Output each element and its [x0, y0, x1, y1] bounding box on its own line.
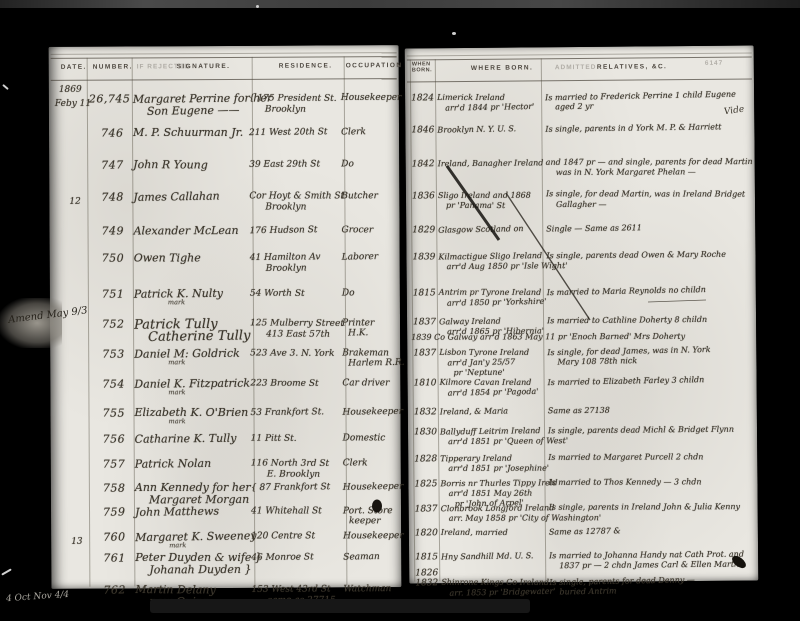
occupation-entry: Port. Store — [343, 506, 393, 516]
mark-note: mark — [169, 541, 186, 549]
number-entry: 760 — [103, 530, 126, 543]
relatives-entry: Same as 12787 & — [549, 526, 621, 536]
date-entry: 13 — [71, 537, 83, 547]
residence-entry: Brooklyn — [265, 105, 306, 115]
where-born-entry: arr'd 1851 pr 'Queen of West' — [448, 436, 568, 446]
occupation-entry: Housekeeper — [341, 93, 402, 103]
where-born-entry: arr'd Aug 1850 pr 'Isle Wight' — [447, 261, 568, 271]
signature-entry: M. P. Schuurman Jr. — [133, 126, 243, 139]
mark-note: mark — [168, 388, 185, 396]
number-entry: 746 — [101, 127, 124, 140]
where-born-entry: Clonbrook Longford Ireland — [441, 503, 555, 513]
where-born-entry: arr. May 1858 pr 'City of Washington' — [449, 513, 601, 523]
born-year-entry: 1826 — [415, 568, 438, 578]
date-entry: 12 — [69, 197, 81, 207]
where-born-entry: Borris nr Thurles Tippy Ireld — [440, 478, 557, 488]
occupation-entry: Laborer — [342, 252, 379, 263]
where-born-entry: arr'd 1850 pr 'Yorkshire' — [447, 297, 547, 308]
residence-entry: 125 Mulberry Street — [250, 318, 344, 328]
relatives-entry: Is single, parents in Ireland John & Jul… — [549, 502, 740, 512]
scan-speck — [256, 5, 259, 8]
residence-entry: 41 Hamilton Av — [250, 252, 321, 263]
where-born-entry: arr'd 1844 pr 'Hector' — [445, 102, 534, 113]
where-born-entry: Galway Ireland — [439, 317, 501, 327]
residence-entry: 11 Pitt St. — [251, 434, 297, 444]
signature-entry: James Callahan — [133, 190, 220, 204]
number-entry: 759 — [103, 505, 126, 518]
scan-speck — [452, 32, 456, 35]
residence-entry: 223 Broome St — [250, 379, 318, 389]
born-year-entry: 1846 — [411, 125, 434, 135]
signature-entry: Johanah Duyden } — [149, 563, 251, 577]
signature-entry: John R Young — [133, 158, 208, 171]
number-entry: 749 — [102, 225, 125, 238]
occupation-entry: Car driver — [342, 378, 389, 388]
occupation-entry: Butcher — [341, 191, 378, 201]
where-born-entry: Sligo Ireland and 1868 — [438, 191, 531, 200]
relatives-entry: Is single, parents dead Michl & Bridget … — [548, 425, 734, 436]
number-entry: 26,745 — [89, 93, 131, 106]
born-year-entry: 1828 — [414, 454, 437, 464]
relatives-entry: 1837 pr — 2 chdn James Carl & Ellen Mart… — [559, 560, 744, 571]
number-entry: 757 — [103, 458, 126, 471]
where-born-entry: arr'd 1854 pr 'Pagoda' — [448, 387, 539, 398]
date-entry: Feby 11 — [55, 99, 91, 109]
relatives-entry: Gallagher — — [556, 200, 606, 209]
occupation-entry: Housekeeper — [343, 482, 404, 493]
number-entry: 756 — [103, 433, 126, 446]
born-year-entry: 1830 — [414, 427, 437, 437]
where-born-entry: Shinrone Kings Co Ireland — [441, 578, 549, 587]
occupation-entry: Clerk — [343, 458, 368, 468]
scan-tick — [2, 84, 9, 90]
where-born-entry: Ballyduff Leitrim Ireland — [440, 426, 541, 436]
born-year-entry: 1825 — [414, 479, 437, 489]
scan-top-edge — [0, 0, 800, 8]
number-entry: 750 — [102, 252, 125, 265]
mark-note: mark — [168, 298, 185, 306]
occupation-entry: Grocer — [342, 225, 374, 235]
residence-entry: 120 Centre St — [251, 532, 315, 542]
number-entry: 752 — [102, 318, 125, 331]
where-born-entry: Limerick Ireland — [437, 93, 505, 102]
where-born-entry: pr 'Panama' St — [446, 201, 505, 210]
born-year-entry: 1824 — [411, 93, 434, 103]
born-year-entry: 1829 — [412, 225, 435, 235]
ledger-left-page: DATE. NUMBER. IF REJECTED SIGNATURE. RES… — [49, 45, 402, 589]
occupation-entry: Watchman — [343, 584, 391, 595]
relatives-entry: Is married to Elizabeth Farley 3 childn — [548, 375, 705, 387]
where-born-entry: arr'd 1851 pr 'Josephine' — [448, 464, 549, 473]
scan-tick — [1, 568, 12, 575]
relatives-entry: Is married to Thos Kennedy — 3 chdn — [548, 477, 701, 487]
occupation-entry: Do — [341, 159, 354, 169]
signature-entry: John Matthews — [135, 505, 219, 519]
where-born-entry: arr'd Jan'y 25/57 — [447, 357, 515, 367]
residence-entry: Brooklyn — [266, 263, 307, 273]
residence-entry: 211 West 20th St — [249, 127, 328, 138]
signature-entry: Margaret K. Sweeney — [135, 529, 257, 544]
relatives-entry: Is married to Johanna Handy nat Cath Pro… — [549, 550, 744, 561]
relatives-entry: Is married to Frederick Perrine 1 child … — [545, 90, 736, 103]
where-born-entry: Tipperary Ireland — [440, 454, 512, 464]
born-year-entry: 1836 — [412, 191, 435, 201]
where-born-entry: Ireland, & Maria — [440, 406, 508, 416]
relatives-entry: buried Antrim — [559, 586, 616, 596]
born-year-entry: 1810 — [414, 378, 437, 388]
occupation-entry: Harlem R.R. — [348, 358, 405, 369]
number-entry: 751 — [102, 288, 125, 301]
scan-artifact-band — [150, 599, 530, 613]
where-born-entry: Antrim pr Tyrone Ireland — [439, 288, 541, 297]
born-year-entry: 1839 — [412, 252, 435, 262]
relatives-entry: Mary 108 78th nick — [557, 356, 637, 367]
number-entry: 747 — [101, 158, 124, 171]
relatives-entry: Is single, for dead Martin, was in Irela… — [546, 189, 745, 198]
born-year-entry: 1837 — [413, 317, 436, 327]
born-year-entry: 1815 — [413, 288, 436, 298]
born-year-entry: 1837 — [413, 348, 436, 358]
relatives-entry: was in N. York Margaret Phelan — — [556, 167, 696, 176]
where-born-entry: 1839 Co Galway arr'd 1863 May 11 pr 'Eno… — [411, 332, 685, 342]
residence-entry: 39 East 29th St — [249, 160, 320, 170]
relatives-entry: Is single, parents for dead Denny — — [549, 575, 695, 587]
relatives-entry: Same as 27138 — [548, 406, 610, 416]
residence-entry: Brooklyn — [265, 203, 306, 213]
occupation-entry: keeper — [349, 516, 381, 526]
occupation-entry: H.K. — [348, 328, 368, 338]
relatives-entry: Is married to Margaret Purcell 2 chdn — [548, 452, 703, 462]
born-year-entry: 1842 — [412, 159, 435, 169]
occupation-entry: Printer — [342, 318, 374, 328]
residence-entry: 116 North 3rd St — [251, 458, 329, 468]
occupation-entry: Clerk — [341, 127, 366, 137]
right-rows: 1824Limerick Irelandarr'd 1844 pr 'Hecto… — [405, 45, 759, 583]
occupation-entry: Brakeman — [342, 348, 389, 358]
residence-entry: 46 Monroe St — [251, 552, 314, 563]
relatives-entry: Is married to Cathline Doherty 8 childn — [547, 315, 707, 325]
residence-entry: 54 Worth St — [250, 289, 305, 299]
occupation-entry: Do — [342, 288, 355, 298]
signature-entry: Elizabeth K. O'Brien — [135, 406, 249, 419]
residence-entry: 523 Ave 3. N. York — [250, 348, 334, 358]
number-entry: 754 — [102, 378, 125, 391]
number-entry: 753 — [102, 348, 125, 361]
signature-entry: Owen Tighe — [134, 251, 201, 264]
left-rows: Feby 1126,745Margaret Perrine for herSon… — [49, 45, 402, 589]
occupation-entry: Housekeeper — [342, 407, 403, 418]
born-year-entry: 1837 — [415, 504, 438, 514]
signature-entry: Catharine K. Tully — [135, 432, 237, 446]
relatives-entry: Single — Same as 2611 — [546, 223, 642, 233]
occupation-entry: Housekeeper — [343, 531, 404, 541]
residence-entry: 413 East 57th — [266, 329, 330, 339]
where-born-entry: pr 'Neptune' — [453, 368, 504, 377]
number-entry: 755 — [102, 407, 125, 420]
where-born-entry: Kilmactigue Sligo Ireland — [438, 251, 542, 261]
where-born-entry: Ireland, Banagher Ireland — [438, 158, 544, 168]
mark-note: mark — [168, 358, 185, 366]
signature-entry: Son Eugene —— — [147, 103, 240, 117]
residence-entry: 53 Frankfort St. — [250, 407, 324, 418]
residence-entry: 153 West 43rd St — [251, 584, 330, 594]
where-born-entry: Brooklyn N. Y. U. S. — [437, 124, 516, 135]
margin-note-bottom: 4 Oct Nov 4/4 — [6, 590, 70, 604]
number-entry: 758 — [103, 482, 126, 495]
residence-entry: Cor Hoyt & Smith St — [249, 192, 344, 202]
where-born-entry: Glasgow Scotland on — [438, 224, 523, 235]
born-year-entry: 1832 — [414, 407, 437, 417]
number-entry: 748 — [101, 190, 124, 203]
where-born-entry: Ireland, married — [441, 528, 508, 537]
residence-entry: E. Brooklyn — [267, 470, 320, 480]
born-year-entry: 1815 — [415, 552, 438, 562]
where-born-entry: arr'd 1851 May 26th — [449, 489, 533, 498]
relatives-entry: Is married to Maria Reynolds no childn — [547, 285, 706, 297]
where-born-entry: Kilmore Cavan Ireland — [440, 378, 532, 387]
occupation-entry: Domestic — [343, 433, 386, 443]
where-born-entry: Lisbon Tyrone Ireland — [439, 348, 529, 357]
residence-entry: { 175 President St. — [249, 93, 337, 103]
signature-entry: Catherine Tully — [148, 328, 250, 345]
ledger-right-page: WHEN BORN. WHERE BORN. ADMITTED RELATIVE… — [405, 45, 759, 583]
residence-entry: 176 Hudson St — [249, 225, 317, 236]
signature-entry: Alexander McLean — [134, 224, 239, 238]
signature-entry: Daniel M: Goldrick — [134, 347, 240, 361]
relatives-entry: aged 2 yr — [555, 102, 593, 112]
relatives-entry: Is single, parents in d York M. P. & Har… — [545, 122, 721, 133]
occupation-entry: Seaman — [343, 552, 380, 563]
signature-entry: Daniel K. Fitzpatrick — [134, 377, 250, 391]
mark-note: mark — [169, 417, 186, 425]
where-born-entry: Hny Sandhill Md. U. S. — [441, 551, 533, 561]
born-year-entry: 1832 — [415, 578, 438, 588]
residence-entry: 41 Whitehall St — [251, 507, 322, 517]
born-year-entry: 1820 — [415, 528, 438, 538]
signature-entry: Patrick Nolan — [135, 457, 212, 471]
where-born-entry: arr. 1853 pr 'Bridgewater' — [449, 587, 555, 598]
number-entry: 761 — [103, 552, 126, 565]
relatives-entry: and 1847 pr — and single, parents for de… — [546, 157, 753, 167]
number-entry: 762 — [103, 583, 126, 596]
residence-entry: { 87 Frankfort St — [251, 482, 330, 493]
relatives-entry: Is single, parents dead Owen & Mary Roch… — [546, 250, 726, 261]
